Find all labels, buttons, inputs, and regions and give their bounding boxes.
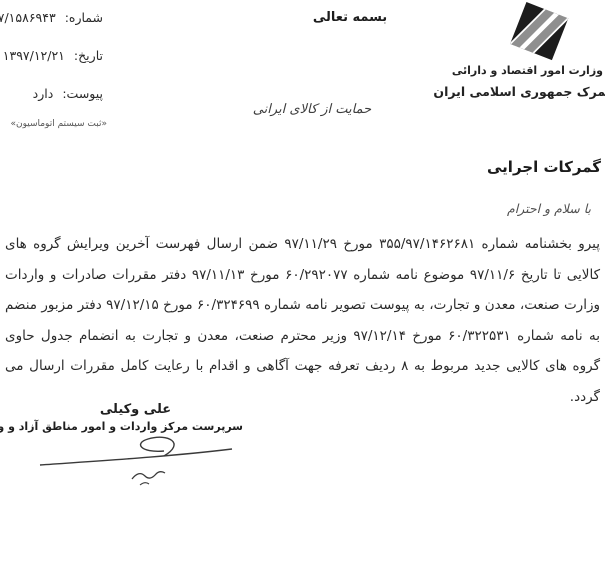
letter-attachment-value: دارد xyxy=(33,86,54,101)
letter-number-label: شماره: xyxy=(65,10,103,25)
letter-date-value: ۱۳۹۷/۱۲/۲۱ xyxy=(3,48,65,63)
automation-registration-note: «ثبت سیستم اتوماسیون» xyxy=(10,119,107,129)
letter-body-paragraph: پیرو بخشنامه شماره ۳۵۵/۹۷/۱۴۶۲۶۸۱ مورخ ۹… xyxy=(5,229,600,412)
scanned-official-letter: شماره:۹۷/۱۵۸۶۹۴۳ تاریخ:۱۳۹۷/۱۲/۲۱ پیوست:… xyxy=(0,0,605,568)
iran-customs-logo-icon xyxy=(504,2,578,62)
letter-attachment-label: پیوست: xyxy=(62,86,103,101)
signatory-name: علی وکیلی xyxy=(28,402,243,417)
signature-block: علی وکیلی سرپرست مرکز واردات و امور مناط… xyxy=(28,402,243,495)
bismillah-text: بسمه تعالی xyxy=(300,10,400,25)
letter-attachment-row: پیوست:دارد xyxy=(33,86,103,101)
handwritten-signature-icon xyxy=(28,435,243,495)
recipient-heading: گمرکات اجرایی xyxy=(487,158,601,176)
year-slogan: حمایت از کالای ایرانی xyxy=(222,102,402,117)
letter-number-row: شماره:۹۷/۱۵۸۶۹۴۳ xyxy=(0,10,103,25)
customs-org-name: گمرک جمهوری اسلامی ایران xyxy=(433,84,605,99)
ministry-name: وزارت امور اقتصاد و دارائی xyxy=(452,64,603,77)
salutation-text: با سلام و احترام xyxy=(507,201,591,216)
signatory-title: سرپرست مرکز واردات و امور مناطق آزاد و و… xyxy=(28,420,243,433)
letter-date-label: تاریخ: xyxy=(74,48,103,63)
letter-date-row: تاریخ:۱۳۹۷/۱۲/۲۱ xyxy=(3,48,103,63)
letter-number-value: ۹۷/۱۵۸۶۹۴۳ xyxy=(0,10,56,25)
